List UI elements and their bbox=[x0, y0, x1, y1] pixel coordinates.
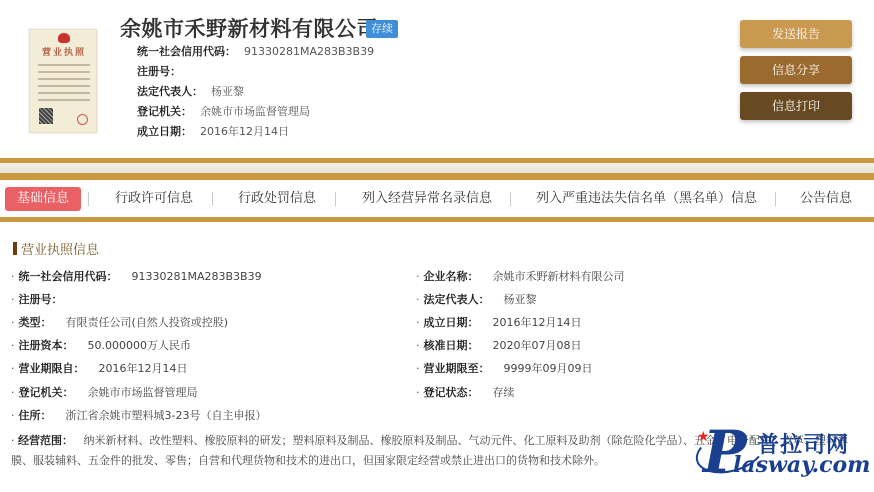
divider-strip bbox=[0, 163, 874, 173]
section-title: 营业执照信息 bbox=[13, 239, 99, 258]
qr-code-icon bbox=[39, 108, 53, 124]
field-founded-date: ·成立日期：2016年12月14日 bbox=[416, 316, 582, 330]
tab-announcements[interactable]: 公告信息 bbox=[800, 187, 852, 211]
tab-separator bbox=[775, 192, 776, 206]
field-approval-date: ·核准日期：2020年07月08日 bbox=[416, 339, 582, 353]
tab-separator bbox=[335, 192, 336, 206]
share-info-button[interactable]: 信息分享 bbox=[740, 56, 852, 84]
header-legal-rep: 法定代表人：杨亚黎 bbox=[137, 85, 244, 99]
field-address: ·住所：浙江省余姚市塑料城3-23号（自主申报） bbox=[11, 409, 266, 423]
divider-gold-mid bbox=[0, 173, 874, 180]
tab-abnormal-list[interactable]: 列入经营异常名录信息 bbox=[362, 187, 492, 211]
watermark-logo: ★ P 普拉司网 lasway.com bbox=[695, 424, 865, 484]
status-badge: 存续 bbox=[366, 20, 398, 38]
field-legal-rep: ·法定代表人：杨亚黎 bbox=[416, 293, 537, 307]
company-name: 余姚市禾野新材料有限公司 bbox=[120, 13, 378, 43]
field-reg-status: ·登记状态：存续 bbox=[416, 386, 515, 400]
national-emblem-icon bbox=[58, 33, 70, 43]
tab-basic-info[interactable]: 基础信息 bbox=[5, 187, 81, 211]
header-credit-code: 统一社会信用代码：91330281MA283B3B39 bbox=[137, 45, 374, 59]
license-image-title: 营业执照 bbox=[36, 45, 92, 58]
tab-separator bbox=[88, 192, 89, 206]
field-credit-code: ·统一社会信用代码：91330281MA283B3B39 bbox=[11, 270, 262, 284]
tab-admin-penalty[interactable]: 行政处罚信息 bbox=[238, 187, 316, 211]
field-term-from: ·营业期限自：2016年12月14日 bbox=[11, 362, 188, 376]
field-type: ·类型：有限责任公司(自然人投资或控股) bbox=[11, 316, 228, 330]
tab-admin-license[interactable]: 行政许可信息 bbox=[115, 187, 193, 211]
divider-gold-bottom bbox=[0, 217, 874, 222]
field-reg-number: ·注册号： bbox=[11, 293, 77, 307]
tab-separator bbox=[212, 192, 213, 206]
seal-icon bbox=[77, 114, 88, 125]
company-header: 营业执照 余姚市禾野新材料有限公司 存续 统一社会信用代码：91330281MA… bbox=[0, 0, 874, 155]
section-marker-icon bbox=[13, 242, 17, 255]
header-founded-date: 成立日期：2016年12月14日 bbox=[137, 125, 289, 139]
tab-separator bbox=[510, 192, 511, 206]
send-report-button[interactable]: 发送报告 bbox=[740, 20, 852, 48]
field-reg-capital: ·注册资本：50.000000万人民币 bbox=[11, 339, 191, 353]
field-reg-authority: ·登记机关：余姚市市场监督管理局 bbox=[11, 386, 198, 400]
field-term-to: ·营业期限至：9999年09月09日 bbox=[416, 362, 593, 376]
tab-blacklist[interactable]: 列入严重违法失信名单（黑名单）信息 bbox=[536, 187, 757, 211]
header-reg-number: 注册号： bbox=[137, 65, 189, 79]
field-company-name: ·企业名称：余姚市禾野新材料有限公司 bbox=[416, 270, 625, 284]
business-license-image[interactable]: 营业执照 bbox=[29, 29, 97, 133]
tab-bar: 基础信息 行政许可信息 行政处罚信息 列入经营异常名录信息 列入严重违法失信名单… bbox=[0, 184, 874, 214]
print-info-button[interactable]: 信息打印 bbox=[740, 92, 852, 120]
header-reg-authority: 登记机关：余姚市市场监督管理局 bbox=[137, 105, 310, 119]
